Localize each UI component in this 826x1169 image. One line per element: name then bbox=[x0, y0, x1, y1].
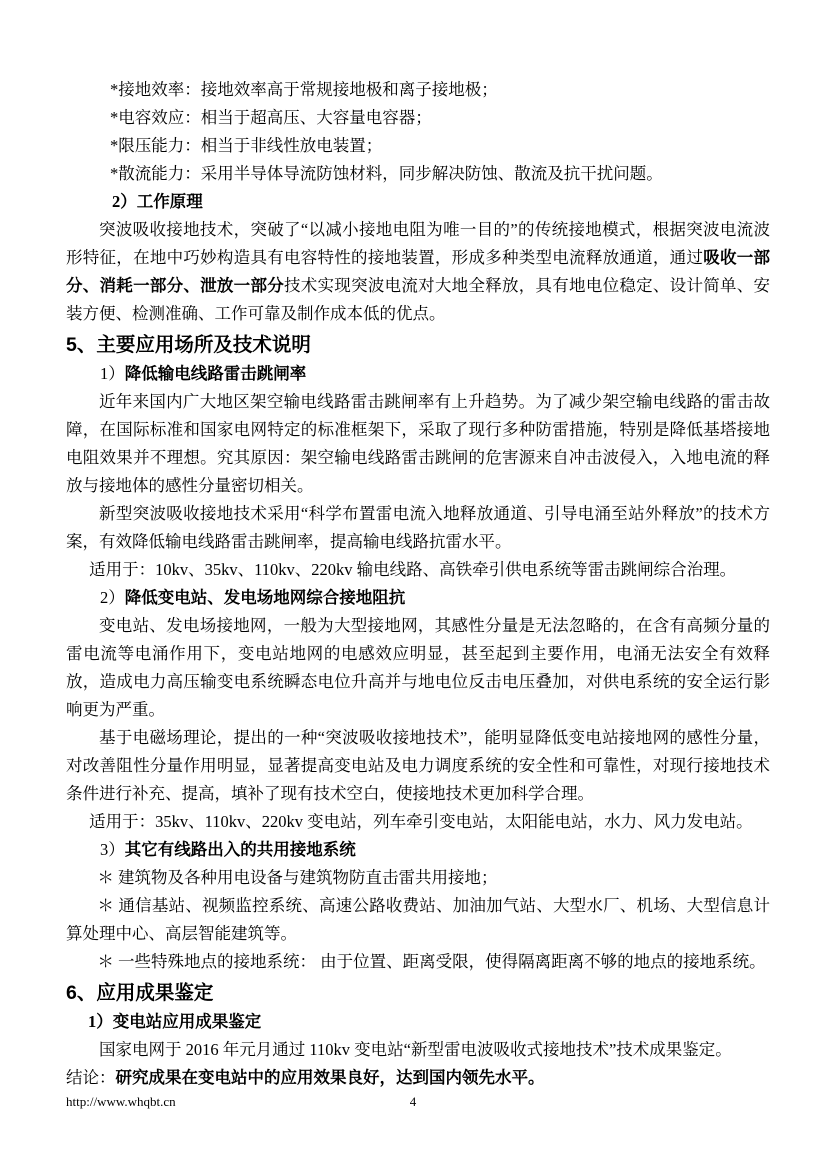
feature-line-capacitance-effect: *电容效应：相当于超高压、大容量电容器； bbox=[66, 104, 770, 132]
section-6-heading: 6、应用成果鉴定 bbox=[66, 978, 770, 1008]
working-principle-heading: 2）工作原理 bbox=[66, 188, 770, 216]
document-page: *接地效率：接地效率高于常规接地极和离子接地极； *电容效应：相当于超高压、大容… bbox=[0, 0, 826, 1092]
sub-heading-1-title: 降低输电线路雷击跳闸率 bbox=[125, 364, 307, 383]
working-principle-paragraph: 突波吸收接地技术，突破了“以减小接地电阻为唯一目的”的传统接地模式，根据突波电流… bbox=[66, 216, 770, 328]
section5-paragraph-5: 基于电磁场理论，提出的一种“突波吸收接地技术”，能明显降低变电站接地网的感性分量… bbox=[66, 724, 770, 808]
sub-heading-2-substations: 2）降低变电站、发电场地网综合接地阻抗 bbox=[66, 584, 770, 612]
conclusion-line: 结论：研究成果在变电站中的应用效果良好，达到国内领先水平。 bbox=[66, 1064, 770, 1092]
bullet-item-special-sites: ＊ 一些特殊地点的接地系统： 由于位置、距离受限，使得隔离距离不够的地点的接地系… bbox=[66, 948, 770, 976]
sub-heading-3-number: 3） bbox=[100, 840, 125, 859]
sub-heading-1-number: 1） bbox=[100, 364, 125, 383]
sub-heading-2-number: 2） bbox=[100, 588, 125, 607]
section6-paragraph-1: 国家电网于 2016 年元月通过 110kv 变电站“新型雷电波吸收式接地技术”… bbox=[66, 1036, 770, 1064]
bullet-item-buildings: ＊ 建筑物及各种用电设备与建筑物防直击雷共用接地； bbox=[66, 864, 770, 892]
section5-applicable-line-2: 适用于：35kv、110kv、220kv 变电站，列车牵引变电站，太阳能电站，水… bbox=[66, 808, 770, 836]
section5-paragraph-1: 近年来国内广大地区架空输电线路雷击跳闸率有上升趋势。为了减少架空输电线路的雷击故… bbox=[66, 388, 770, 500]
conclusion-text-bold: 研究成果在变电站中的应用效果良好，达到国内领先水平。 bbox=[116, 1068, 545, 1087]
sub-heading-1-transmission-lines: 1）降低输电线路雷击跳闸率 bbox=[66, 360, 770, 388]
wp-segment-1: 突波吸收接地技术，突破了“以减小接地电阻为唯一目的”的传统接地模式，根据突波电流… bbox=[66, 220, 770, 267]
sub-heading-3-shared-grounding: 3）其它有线路出入的共用接地系统 bbox=[66, 836, 770, 864]
sub-heading-3-title: 其它有线路出入的共用接地系统 bbox=[125, 840, 356, 859]
sub-heading-2-title: 降低变电站、发电场地网综合接地阻抗 bbox=[125, 588, 406, 607]
feature-line-grounding-efficiency: *接地效率：接地效率高于常规接地极和离子接地极； bbox=[66, 76, 770, 104]
section5-paragraph-2: 新型突波吸收接地技术采用“科学布置雷电流入地释放通道、引导电涌至站外释放”的技术… bbox=[66, 500, 770, 556]
sub-heading-substation-appraisal: 1）变电站应用成果鉴定 bbox=[66, 1008, 770, 1036]
bullet-item-facilities: ＊ 通信基站、视频监控系统、高速公路收费站、加油加气站、大型水厂、机场、大型信息… bbox=[66, 892, 770, 948]
conclusion-label: 结论： bbox=[66, 1068, 116, 1087]
section5-applicable-line-1: 适用于：10kv、35kv、110kv、220kv 输电线路、高铁牵引供电系统等… bbox=[66, 556, 770, 584]
feature-line-voltage-limiting: *限压能力：相当于非线性放电装置； bbox=[66, 132, 770, 160]
section-5-heading: 5、主要应用场所及技术说明 bbox=[66, 330, 770, 360]
feature-line-current-dissipation: *散流能力：采用半导体导流防蚀材料，同步解决防蚀、散流及抗干扰问题。 bbox=[66, 160, 770, 188]
section5-paragraph-4: 变电站、发电场接地网，一般为大型接地网，其感性分量是无法忽略的，在含有高频分量的… bbox=[66, 612, 770, 724]
page-number: 4 bbox=[0, 1094, 826, 1110]
